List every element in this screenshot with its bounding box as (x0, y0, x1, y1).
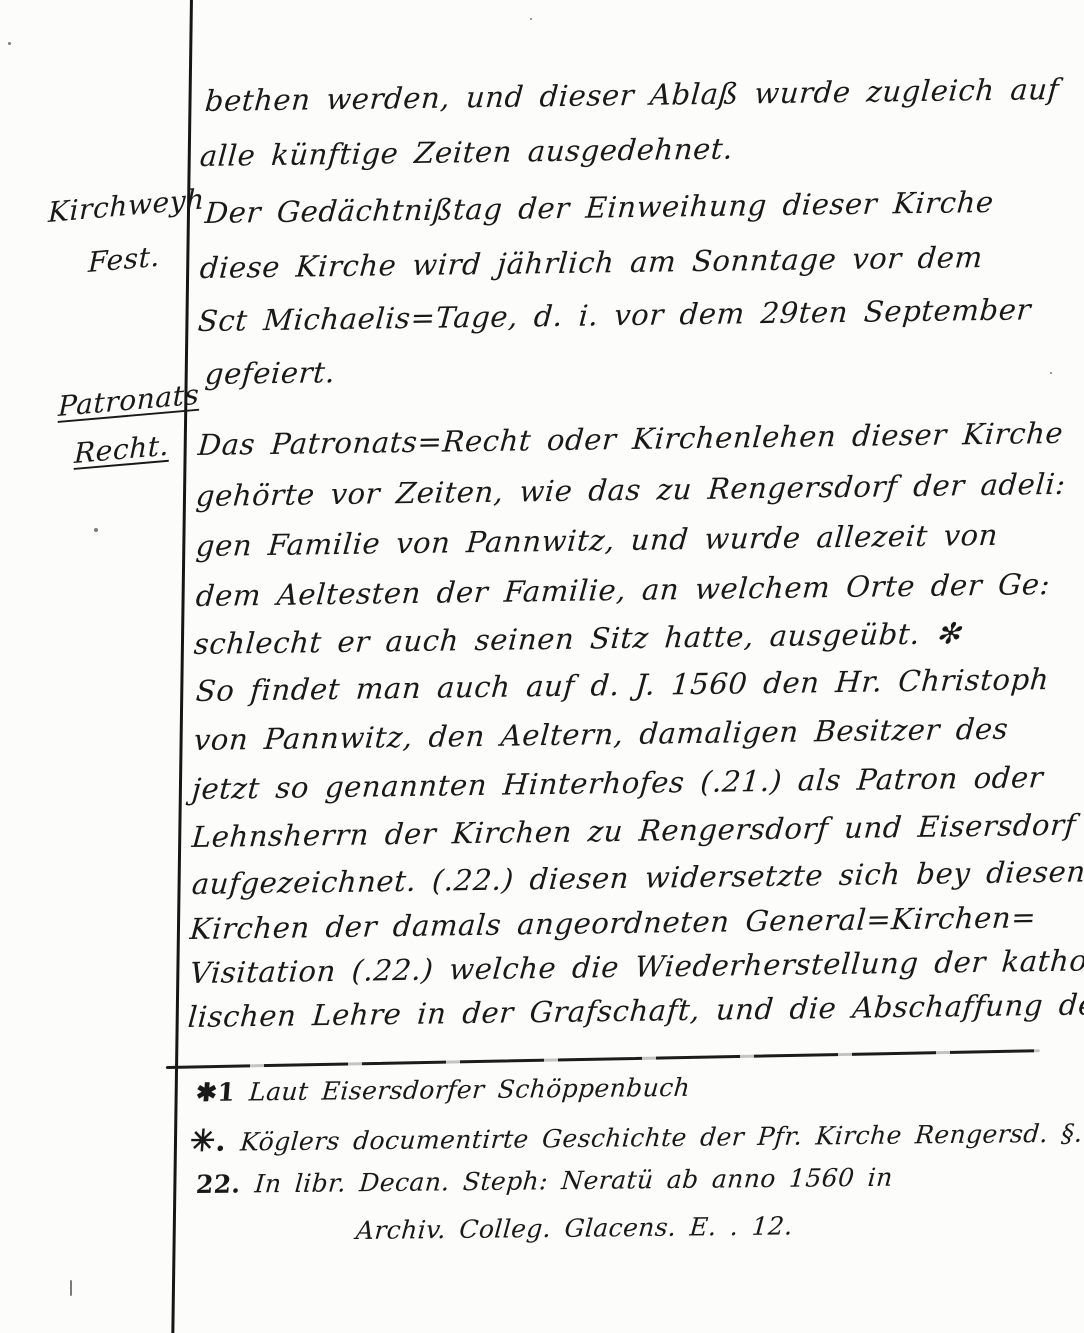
manuscript-line: Kirchen der damals angeordneten General=… (189, 900, 1038, 946)
manuscript-line: gefeiert. (204, 355, 337, 391)
manuscript-line: Lehnsherrn der Kirchen zu Rengersdorf un… (191, 808, 1078, 854)
paper-speck (94, 528, 98, 532)
paper-speck (530, 18, 532, 20)
footnote-text: Laut Eisersdorfer Schöppenbuch (248, 1073, 691, 1107)
manuscript-line: alle künftige Zeiten ausgedehnet. (199, 132, 735, 173)
manuscript-line: So findet man auch auf d. J. 1560 den Hr… (195, 662, 1051, 708)
manuscript-line: bethen werden, und dieser Ablaß wurde zu… (204, 72, 1061, 118)
manuscript-page: Kirchweyh Fest. Patronats Recht. bethen … (0, 0, 1084, 1333)
manuscript-line: diese Kirche wird jährlich am Sonntage v… (199, 240, 984, 285)
manuscript-line: Sct Michaelis=Tage, d. i. vor dem 29ten … (197, 292, 1033, 338)
manuscript-line: schlecht er auch seinen Sitz hatte, ausg… (193, 616, 962, 661)
footnote-line: 22.In libr. Decan. Steph: Neratü ab anno… (195, 1163, 894, 1199)
footnote-text: Köglers documentirte Geschichte der Pfr.… (239, 1118, 1084, 1156)
margin-note-fest: Fest. (88, 240, 160, 279)
manuscript-line: aufgezeichnet. (.22.) diesen widersetzte… (191, 855, 1084, 901)
manuscript-line: Das Patronats=Recht oder Kirchenlehen di… (197, 416, 1065, 462)
footnote-text: Archiv. Colleg. Glacens. E. . 12. (355, 1211, 794, 1245)
manuscript-line: lischen Lehre in der Grafschaft, und die… (187, 987, 1084, 1034)
paper-speck (70, 1280, 72, 1296)
asterisk-footnote-marker: ✱1 (195, 1078, 236, 1107)
manuscript-line: Der Gedächtnißtag der Einweihung dieser … (204, 185, 995, 230)
footnote-number-marker: 22. (195, 1170, 242, 1199)
margin-note-kirchweyh: Kirchweyh (48, 182, 205, 228)
manuscript-line: gen Familie von Pannwitz, und wurde alle… (195, 518, 1000, 563)
manuscript-line: Visitation (.22.) welche die Wiederherst… (189, 943, 1084, 990)
manuscript-line: von Pannwitz, den Aeltern, damaligen Bes… (193, 712, 1010, 757)
footnote-line: ✱1Laut Eisersdorfer Schöppenbuch (195, 1073, 691, 1107)
asterisk-footnote-marker: ✳. (189, 1124, 228, 1159)
manuscript-line: dem Aeltesten der Familie, an welchem Or… (195, 567, 1052, 613)
margin-note-patronats: Patronats (58, 378, 200, 423)
footnote-text: In libr. Decan. Steph: Neratü ab anno 15… (254, 1163, 894, 1199)
footnote-line: ✳.Köglers documentirte Geschichte der Pf… (189, 1114, 1084, 1159)
manuscript-line: jetzt so genannten Hinterhofes (.21.) al… (191, 760, 1045, 806)
margin-note-recht: Recht. (74, 429, 170, 470)
paper-speck (1050, 372, 1052, 374)
footnote-continuation-line: Archiv. Colleg. Glacens. E. . 12. (355, 1211, 794, 1245)
manuscript-line: gehörte vor Zeiten, wie das zu Rengersdo… (195, 467, 1067, 513)
footnote-separator-line (166, 1049, 1040, 1069)
paper-speck (8, 42, 11, 45)
